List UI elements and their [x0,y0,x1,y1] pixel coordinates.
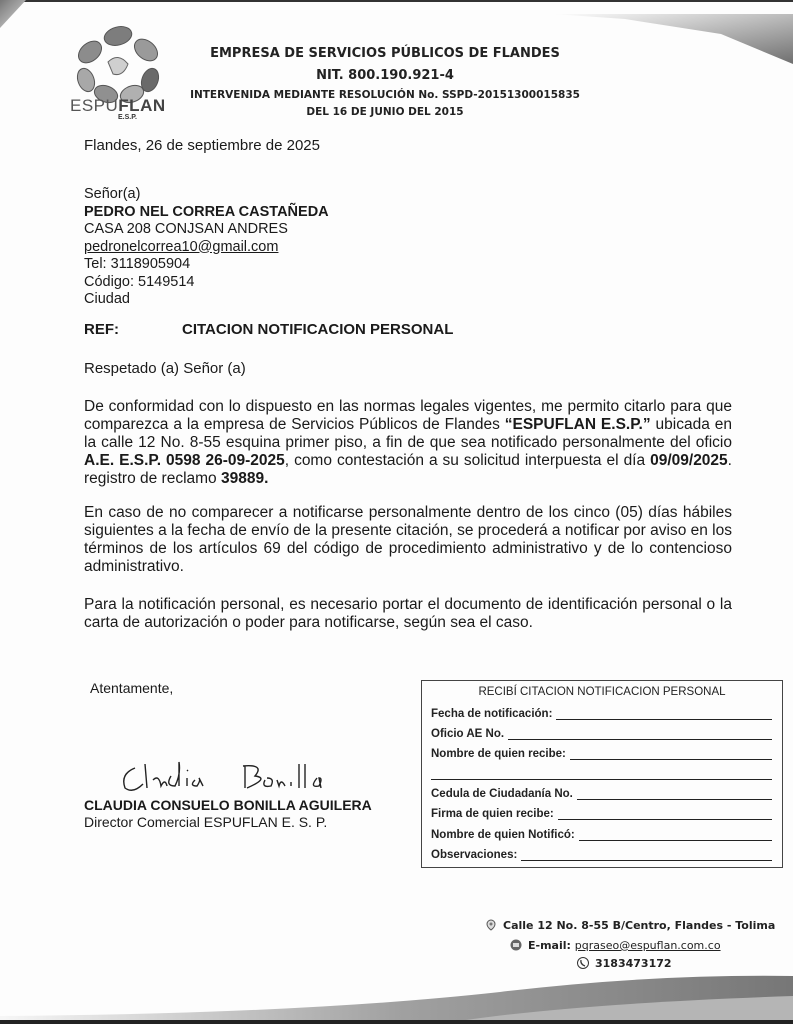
footer-email-label: E-mail: [528,939,575,952]
recipient-code: Código: 5149514 [84,274,329,292]
field-oficio-number[interactable]: Oficio AE No. [431,726,772,740]
field-label: Nombre de quien Notificó: [431,829,575,841]
field-receiver-name-cont[interactable] [431,766,772,780]
fill-line[interactable] [579,829,772,841]
greeting: Respetado (a) Señor (a) [84,360,246,377]
field-label: Fecha de notificación: [431,708,552,720]
p1-request-date: 09/09/2025 [650,452,728,469]
corner-decoration [0,0,26,28]
fill-line[interactable] [570,748,772,760]
field-label: Observaciones: [431,849,517,861]
p1-claim-number: 39889. [221,470,268,487]
p1-oficio-number: A.E. E.S.P. 0598 26-09-2025 [84,452,285,469]
company-nit: NIT. 800.190.921-4 [170,68,600,83]
fill-line[interactable] [556,708,772,720]
paragraph-citation: De conformidad con lo dispuesto en las n… [84,398,732,488]
phone-icon [577,957,589,969]
logo-suffix: E.S.P. [118,114,137,121]
recipient-name: PEDRO NEL CORREA CASTAÑEDA [84,204,329,222]
receipt-form-title: RECIBÍ CITACION NOTIFICACION PERSONAL [422,686,782,698]
resolution-date: DEL 16 DE JUNIO DEL 2015 [170,106,600,118]
logo-name-light: ESPU [70,96,118,115]
signer-role: Director Comercial ESPUFLAN E. S. P. [84,814,327,830]
p1-company-name: “ESPUFLAN E.S.P.” [505,416,651,433]
recipient-city: Ciudad [84,291,329,309]
fill-line[interactable] [521,849,772,861]
field-receiver-name[interactable]: Nombre de quien recibe: [431,746,772,760]
place-date: Flandes, 26 de septiembre de 2025 [84,137,320,154]
fill-line[interactable] [558,808,772,820]
mail-icon [510,939,522,951]
footer-phone: 3183473172 [577,957,672,970]
fill-line[interactable] [508,728,772,740]
ref-title: CITACION NOTIFICACION PERSONAL [182,321,453,338]
fill-line[interactable] [431,768,772,780]
p1-text-3: , como contestación a su solicitud inter… [285,452,650,469]
recipient-salutation: Señor(a) [84,186,329,204]
field-receiver-signature[interactable]: Firma de quien recibe: [431,806,772,820]
recipient-block: Señor(a) PEDRO NEL CORREA CASTAÑEDA CASA… [84,186,329,309]
field-label: Firma de quien recibe: [431,808,554,820]
intervention-resolution: INTERVENIDA MEDIANTE RESOLUCIÓN No. SSPD… [170,89,600,101]
receipt-form: RECIBÍ CITACION NOTIFICACION PERSONAL Fe… [421,680,783,868]
recipient-address: CASA 208 CONJSAN ANDRES [84,221,329,239]
closing: Atentamente, [90,680,173,696]
footer-phone-number: 3183473172 [595,957,672,970]
footer-email: E-mail: pqraseo@espuflan.com.co [510,939,721,952]
recipient-email-link[interactable]: pedronelcorrea10@gmail.com [84,239,329,257]
recipient-phone: Tel: 3118905904 [84,256,329,274]
signer-name: CLAUDIA CONSUELO BONILLA AGUILERA [84,797,372,813]
location-pin-icon [485,919,497,931]
paragraph-deadline: En caso de no comparecer a notificarse p… [84,504,732,576]
reference-line: REF: CITACION NOTIFICACION PERSONAL [84,321,119,338]
company-name: EMPRESA DE SERVICIOS PÚBLICOS DE FLANDES [170,46,600,61]
footer-swoosh-decoration [0,964,793,1024]
field-observations[interactable]: Observaciones: [431,847,772,861]
field-label: Cedula de Ciudadanía No. [431,788,573,800]
field-notifier-name[interactable]: Nombre de quien Notificó: [431,827,772,841]
fill-line[interactable] [577,788,772,800]
footer-email-link[interactable]: pqraseo@espuflan.com.co [575,939,721,952]
footer-address-text: Calle 12 No. 8-55 B/Centro, Flandes - To… [503,919,775,932]
logo-name-bold: FLAN [118,96,165,115]
top-border-rule [0,0,793,2]
field-label: Nombre de quien recibe: [431,748,566,760]
footer-address: Calle 12 No. 8-55 B/Centro, Flandes - To… [485,919,775,932]
field-id-number[interactable]: Cedula de Ciudadanía No. [431,786,772,800]
paragraph-requirements: Para la notificación personal, es necesa… [84,596,732,632]
handwritten-signature [115,756,355,796]
field-label: Oficio AE No. [431,728,504,740]
ref-label: REF: [84,321,119,338]
logo-wordmark: ESPUFLAN [70,96,166,116]
field-notification-date[interactable]: Fecha de notificación: [431,706,772,720]
